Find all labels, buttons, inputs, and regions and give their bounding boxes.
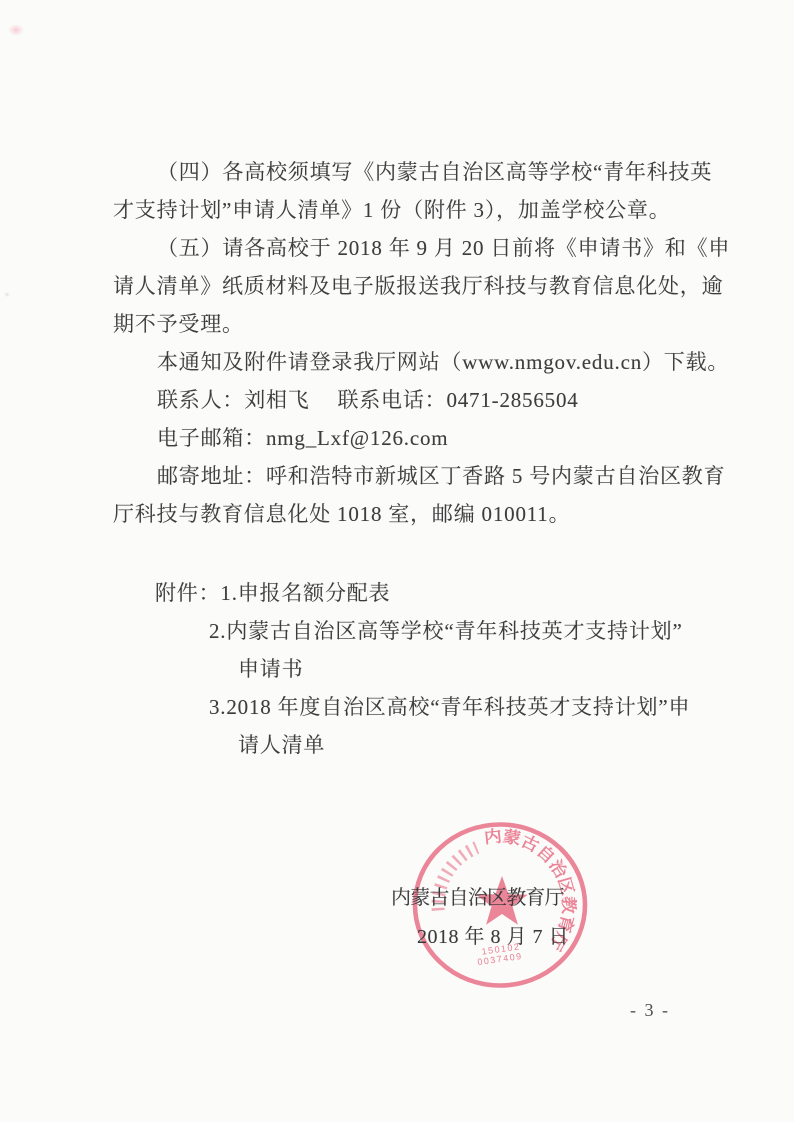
body-line: 期不予受理。 [113,305,763,343]
body-line: 才支持计划”申请人清单》1 份（附件 3），加盖学校公章。 [113,191,763,229]
document-page: （四）各高校须填写《内蒙古自治区高等学校“青年科技英 才支持计划”申请人清单》1… [0,0,794,1122]
signature-organization: 内蒙古自治区教育厅 [391,887,564,909]
body-line: 本通知及附件请登录我厅网站（www.nmgov.edu.cn）下载。 [113,343,763,381]
body-line: 请人清单》纸质材料及电子版报送我厅科技与教育信息化处，逾 [113,267,763,305]
body-line: （四）各高校须填写《内蒙古自治区高等学校“青年科技英 [113,153,763,191]
contact-person-line: 联系人：刘相飞 联系电话：0471-2856504 [113,381,763,419]
attachment-item-continuation: 申请书 [155,650,755,688]
notice-body: （四）各高校须填写《内蒙古自治区高等学校“青年科技英 才支持计划”申请人清单》1… [113,153,763,533]
attachment-item: 3.2018 年度自治区高校“青年科技英才支持计划”申 [155,688,755,726]
mailing-address-line: 邮寄地址：呼和浩特市新城区丁香路 5 号内蒙古自治区教育 [113,457,763,495]
signature-date: 2018 年 8 月 7 日 [417,926,569,948]
attachment-item: 2.内蒙古自治区高等学校“青年科技英才支持计划” [155,612,755,650]
attachment-list: 附件：1.申报名额分配表 2.内蒙古自治区高等学校“青年科技英才支持计划” 申请… [155,574,755,764]
email-line: 电子邮箱：nmg_Lxf@126.com [113,419,763,457]
attachment-item: 附件：1.申报名额分配表 [155,574,755,612]
scan-speck [4,292,10,297]
body-line: （五）请各高校于 2018 年 9 月 20 日前将《申请书》和《申 [113,229,763,267]
scan-speck [8,24,24,36]
mailing-address-line: 厅科技与教育信息化处 1018 室，邮编 010011。 [113,495,763,533]
attachment-item-continuation: 请人清单 [155,726,755,764]
page-number: - 3 - [630,1000,670,1021]
